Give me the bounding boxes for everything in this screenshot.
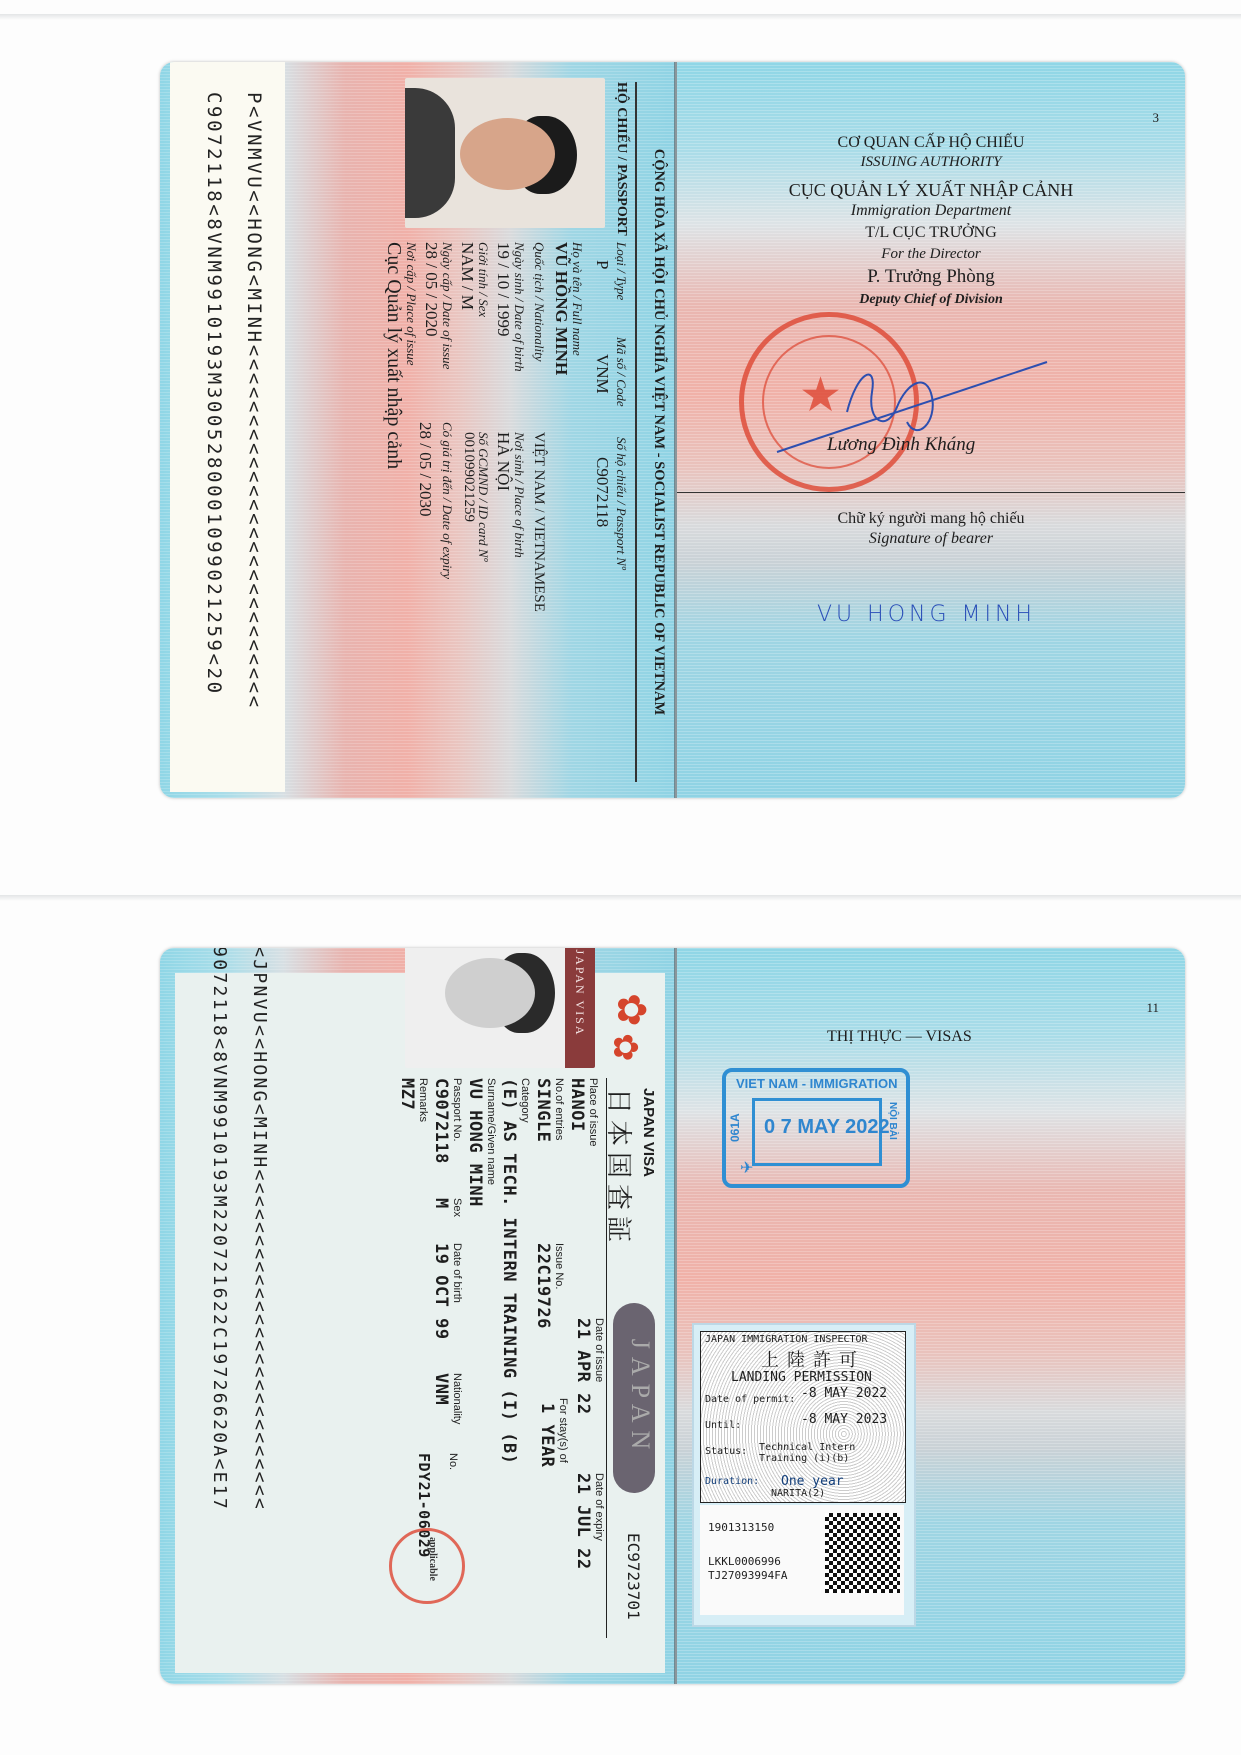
id-label: Số GCMND / ID card Nº — [475, 432, 491, 562]
id-value: 001099021259 — [460, 432, 477, 522]
mrz-line-1: P<VNMVU<<HONG<MINH<<<<<<<<<<<<<<<<<<<<<<… — [243, 92, 265, 710]
page-header: CỘNG HÒA XÃ HỘI CHỦ NGHĨA VIỆT NAM - SOC… — [635, 82, 675, 782]
port-of-entry: NARITA(2) — [771, 1488, 825, 1499]
pob-value: HÀ NỘI — [493, 432, 513, 491]
passport-no-value: C9072118 — [431, 1078, 451, 1164]
landing-stamp: JAPAN IMMIGRATION INSPECTOR 上陸許可 LANDING… — [700, 1331, 906, 1503]
expiry-date-label: Có giá trị đến / Date of expiry — [439, 422, 455, 579]
authority-page: 3 CƠ QUAN CẤP HỘ CHIẾU ISSUING AUTHORITY… — [677, 62, 1185, 798]
until-label: Until: — [705, 1420, 741, 1431]
name-label: Surname/Given name — [485, 1078, 497, 1185]
expiry-date-value: 28 / 05 / 2030 — [415, 422, 435, 516]
visa-banner: JAPAN VISA — [565, 948, 595, 1068]
nationality-label: Quốc tịch / Nationality — [531, 242, 547, 362]
visa-hologram: JAPAN — [613, 1303, 655, 1493]
nationality-label: Nationality — [451, 1373, 463, 1424]
sakura-icon: ✿ — [605, 1033, 645, 1062]
sex-label: Sex — [451, 1198, 463, 1217]
passport-no-value: C9072118 — [592, 457, 612, 527]
mrz-line-2: C9072118<8VNM9910193M3005280001099021259… — [203, 92, 225, 696]
stamp-right-code: NỘI BÀI — [887, 1102, 898, 1140]
issuing-authority-label-vn: CƠ QUAN CẤP HỘ CHIẾU — [677, 134, 1185, 152]
department-en: Immigration Department — [677, 202, 1185, 220]
place-issue-value: HANOI — [567, 1078, 587, 1132]
sex-value: M — [431, 1198, 451, 1209]
dob-label: Ngày sinh / Date of birth — [511, 242, 527, 372]
entries-label: No.of entries — [553, 1078, 565, 1140]
permit-value: -8 MAY 2022 — [801, 1386, 887, 1401]
title-en: Deputy Chief of Division — [677, 292, 1185, 308]
country-header: CỘNG HÒA XÃ HỘI CHỦ NGHĨA VIỆT NAM - SOC… — [650, 82, 667, 782]
no-label: No. — [447, 1453, 459, 1470]
scan-edge — [0, 895, 1241, 901]
qr-code-icon — [825, 1513, 900, 1593]
issue-date-value: 28 / 05 / 2020 — [421, 242, 441, 336]
data-page: CỘNG HÒA XÃ HỘI CHỦ NGHĨA VIỆT NAM - SOC… — [160, 62, 675, 798]
visa-spread: ✿ ✿ JAPAN VISA 日本国査証 JAPAN EC9723701 Pla… — [160, 948, 1185, 1684]
status-value: Technical Intern Training (i)(b) — [759, 1442, 899, 1464]
dob-value: 19 OCT 99 — [431, 1243, 451, 1340]
photo-face — [445, 958, 535, 1028]
full-name-value: VŨ HỒNG MINH — [551, 242, 571, 375]
photo-shoulders — [405, 88, 455, 218]
pob-label: Nơi sinh / Place of birth — [511, 432, 527, 558]
department-vn: CỤC QUẢN LÝ XUẤT NHẬP CẢNH — [677, 180, 1185, 201]
data-page-content: CỘNG HÒA XÃ HỘI CHỦ NGHĨA VIỆT NAM - SOC… — [170, 72, 675, 792]
duration-value: One year — [781, 1474, 844, 1489]
issue-no-value: 22C19726 — [533, 1243, 553, 1329]
visa-mrz-line-2: C9072118<8VNM9910193M220721622C19726620A… — [209, 948, 230, 1511]
stamp-top-text: VIET NAM - IMMIGRATION — [736, 1076, 898, 1091]
seal-note: applicable — [427, 1537, 438, 1581]
vietnam-exit-stamp: VIET NAM - IMMIGRATION 0 7 MAY 2022 061A… — [722, 1068, 910, 1188]
divider — [677, 492, 1185, 493]
visa-serial: EC9723701 — [624, 1533, 643, 1620]
category-value: (E) AS TECH. INTERN TRAINING (I) (B) — [499, 1078, 519, 1464]
nationality-value: VIỆT NAM / VIETNAMESE — [530, 432, 547, 612]
bearer-signature-label-vn: Chữ ký người mang hộ chiếu — [677, 510, 1185, 528]
date-expiry-label: Date of expiry — [593, 1473, 605, 1541]
name-value: VU HONG MINH — [465, 1078, 485, 1207]
landing-title-jp: 上陸許可 — [761, 1346, 865, 1372]
place-issue-label: Place of issue — [587, 1078, 599, 1146]
landing-title-en: LANDING PERMISSION — [731, 1370, 872, 1385]
status-label: Status: — [705, 1446, 747, 1457]
for-director-vn: T/L CỤC TRƯỞNG — [677, 224, 1185, 242]
remarks-value: MZ7 — [397, 1078, 417, 1110]
sakura-icon: ✿ — [608, 993, 655, 1027]
document-title: HỘ CHIẾU / PASSPORT — [613, 82, 629, 236]
dob-label: Date of birth — [451, 1243, 463, 1303]
stamp-date: 0 7 MAY 2022 — [764, 1116, 890, 1139]
dob-value: 19 / 10 / 1999 — [493, 242, 513, 336]
visas-page: 11 THỊ THỰC — VISAS VIET NAM - IMMIGRATI… — [677, 948, 1185, 1684]
visa-mrz-line-1: V<JPNVU<<HONG<MINH<<<<<<<<<<<<<<<<<<<<<<… — [249, 948, 270, 1511]
visas-heading: THỊ THỰC — VISAS — [827, 1028, 972, 1046]
visa-title-en: JAPAN VISA — [640, 1088, 657, 1177]
issue-no-label: Issue No. — [553, 1243, 565, 1289]
permit-label: Date of permit: — [705, 1394, 795, 1405]
type-value: P — [592, 260, 612, 269]
sticker-number: 1901313150 — [708, 1521, 774, 1534]
visa-photo: JAPAN VISA — [405, 948, 595, 1068]
nationality-value: VNM — [431, 1373, 451, 1405]
scan-edge — [0, 14, 1241, 20]
mrz-zone: P<VNMVU<<HONG<MINH<<<<<<<<<<<<<<<<<<<<<<… — [170, 62, 285, 792]
passport-no-label: Passport No. — [451, 1078, 463, 1142]
bearer-signature-label-en: Signature of bearer — [677, 530, 1185, 548]
stay-value: 1 YEAR — [537, 1403, 557, 1467]
page-number: 11 — [1146, 1000, 1159, 1016]
code-value: VNM — [592, 354, 612, 394]
issuing-authority-label-en: ISSUING AUTHORITY — [677, 154, 1185, 171]
stamp-left-code: 061A — [728, 1113, 742, 1142]
sticker-info: 1901313150 LKKL0006996 TJ27093994FA — [700, 1505, 904, 1615]
date-expiry-value: 21 JUL 22 — [573, 1473, 593, 1570]
visa-page: ✿ ✿ JAPAN VISA 日本国査証 JAPAN EC9723701 Pla… — [160, 948, 675, 1684]
inspector-header: JAPAN IMMIGRATION INSPECTOR — [705, 1334, 868, 1345]
until-value: -8 MAY 2023 — [801, 1412, 887, 1427]
stay-label: For stay(s) of — [557, 1398, 569, 1463]
type-label: Loại / Type — [613, 242, 629, 300]
date-issue-label: Date of issue — [593, 1318, 605, 1382]
sticker-code-2: TJ27093994FA — [708, 1569, 787, 1582]
issue-date-label: Ngày cấp / Date of issue — [439, 242, 455, 369]
passport-data-spread: CỘNG HÒA XÃ HỘI CHỦ NGHĨA VIỆT NAM - SOC… — [160, 62, 1185, 798]
full-name-label: Họ và tên / Full name — [569, 242, 585, 356]
place-of-issue-value: Cục Quản lý xuất nhập cảnh — [382, 242, 405, 469]
sex-label: Giới tính / Sex — [475, 242, 491, 317]
airplane-icon: ✈ — [740, 1158, 753, 1178]
remarks-label: Remarks — [417, 1078, 429, 1122]
sticker-code-1: LKKL0006996 — [708, 1555, 781, 1568]
visa-title-rule — [606, 1078, 607, 1638]
bearer-photo — [405, 78, 605, 228]
for-director-en: For the Director — [677, 246, 1185, 263]
passport-no-label: Số hộ chiếu / Passport Nº — [613, 437, 629, 570]
place-of-issue-label: Nơi cấp / Place of issue — [403, 242, 419, 366]
bearer-signature: VU HONG MINH — [817, 602, 1036, 627]
signatory-name: Lương Đình Kháng — [827, 434, 975, 456]
japan-visa-sticker: ✿ ✿ JAPAN VISA 日本国査証 JAPAN EC9723701 Pla… — [175, 973, 665, 1673]
code-label: Mã số / Code — [613, 337, 629, 407]
visa-title-jp: 日本国査証 — [602, 1088, 639, 1248]
entries-value: SINGLE — [533, 1078, 553, 1142]
category-label: Category — [519, 1078, 531, 1123]
title-vn: P. Trưởng Phòng — [677, 266, 1185, 288]
duration-label: Duration: — [705, 1476, 759, 1487]
page-number: 3 — [1153, 110, 1160, 126]
visa-content: ✿ ✿ JAPAN VISA 日本国査証 JAPAN EC9723701 Pla… — [175, 973, 665, 1673]
date-issue-value: 21 APR 22 — [573, 1318, 593, 1415]
photo-face — [460, 118, 555, 190]
sex-value: NAM / M — [457, 242, 477, 310]
landing-permission-sticker: JAPAN IMMIGRATION INSPECTOR 上陸許可 LANDING… — [692, 1323, 916, 1627]
ministry-seal: applicable — [389, 1528, 465, 1604]
